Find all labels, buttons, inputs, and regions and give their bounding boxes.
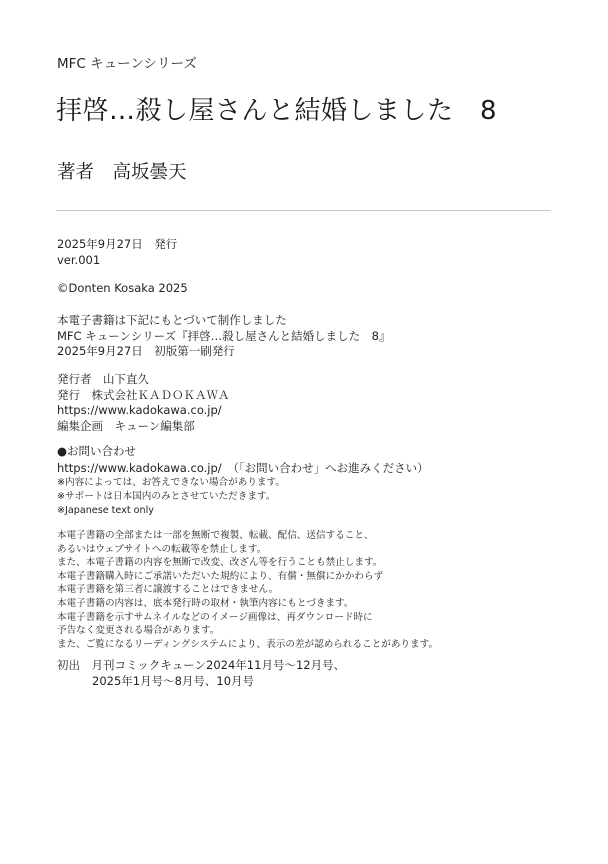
legal-line: 本電子書籍の全部または一部を無断で複製、転載、配信、送信すること、 [57, 529, 438, 543]
first-appearance: 初出 月刊コミックキューン2024年11月号～12月号、 2025年1月号～8月… [57, 658, 345, 689]
source-line-3: 2025年9月27日 初版第一刷発行 [57, 344, 390, 360]
contact-note: ※サポートは日本国内のみとさせていただきます。 [57, 490, 429, 504]
contact-url[interactable]: https://www.kadokawa.co.jp/ （「お問い合わせ」へお進… [57, 461, 429, 477]
legal-line: 本電子書籍の内容は、底本発行時の取材・執筆内容にもとづきます。 [57, 597, 438, 611]
contact-note: ※Japanese text only [57, 504, 429, 518]
source-info: 本電子書籍は下記にもとづいて制作しました MFC キューンシリーズ『拝啓…殺し屋… [57, 313, 390, 360]
editorial-dept: 編集企画 キューン編集部 [57, 419, 230, 435]
legal-line: また、ご覧になるリーディングシステムにより、表示の差が認められることがあります。 [57, 638, 438, 652]
source-line-1: 本電子書籍は下記にもとづいて制作しました [57, 313, 390, 329]
contact-heading: ●お問い合わせ [57, 444, 429, 460]
author-line: 著者 高坂曇天 [57, 161, 187, 185]
contact-info: ●お問い合わせ https://www.kadokawa.co.jp/ （「お問… [57, 444, 429, 517]
legal-line: また、本電子書籍の内容を無断で改変、改ざん等を行うことも禁止します。 [57, 556, 438, 570]
source-line-2: MFC キューンシリーズ『拝啓…殺し屋さんと結婚しました 8』 [57, 329, 390, 345]
legal-notice: 本電子書籍の全部または一部を無断で複製、転載、配信、送信すること、 あるいはウェ… [57, 529, 438, 651]
publisher-company: 発行 株式会社ＫＡＤＯＫＡＷＡ [57, 388, 230, 404]
publication-date: 2025年9月27日 発行 [57, 237, 177, 253]
series-name: MFC キューンシリーズ [57, 55, 197, 73]
legal-line: 本電子書籍購入時にご承諾いただいた規約により、有償・無償にかかわらず [57, 570, 438, 584]
publisher-info: 発行者 山下直久 発行 株式会社ＫＡＤＯＫＡＷＡ https://www.kad… [57, 372, 230, 435]
publication-info: 2025年9月27日 発行 ver.001 [57, 237, 177, 268]
version: ver.001 [57, 253, 177, 269]
legal-line: あるいはウェブサイトへの転載等を禁止します。 [57, 543, 438, 557]
legal-line: 予告なく変更される場合があります。 [57, 624, 438, 638]
legal-line: 本電子書籍を示すサムネイルなどのイメージ画像は、再ダウンロード時に [57, 611, 438, 625]
first-appearance-line-1: 初出 月刊コミックキューン2024年11月号～12月号、 [57, 658, 345, 674]
legal-line: 本電子書籍を第三者に譲渡することはできません。 [57, 583, 438, 597]
colophon-page: MFC キューンシリーズ 拝啓…殺し屋さんと結婚しました 8 著者 高坂曇天 2… [0, 0, 608, 864]
divider [56, 210, 551, 211]
book-title: 拝啓…殺し屋さんと結婚しました 8 [56, 94, 497, 128]
copyright-block: ©Donten Kosaka 2025 [57, 281, 188, 297]
publisher-url[interactable]: https://www.kadokawa.co.jp/ [57, 403, 230, 419]
first-appearance-line-2: 2025年1月号～8月号、10月号 [57, 674, 345, 690]
publisher-person: 発行者 山下直久 [57, 372, 230, 388]
contact-note: ※内容によっては、お答えできない場合があります。 [57, 476, 429, 490]
copyright: ©Donten Kosaka 2025 [57, 281, 188, 297]
